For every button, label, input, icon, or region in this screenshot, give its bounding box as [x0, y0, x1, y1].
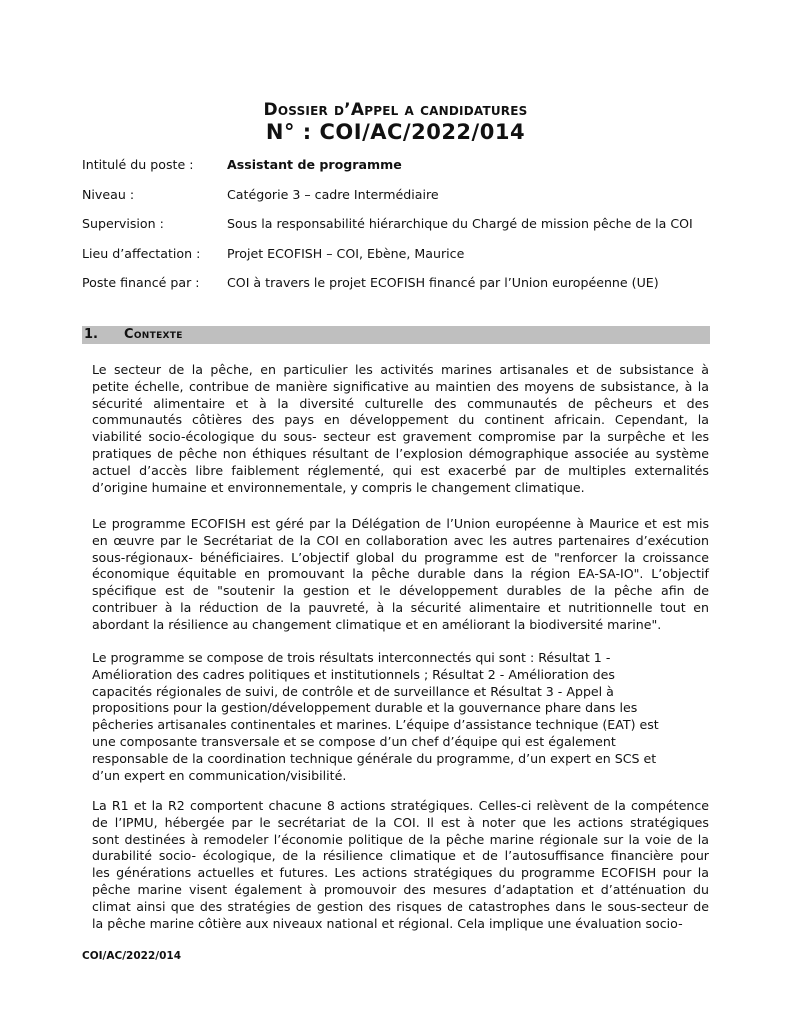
paragraph-line: de l’IPMU, hébergée par le secrétariat d…: [92, 815, 709, 832]
paragraph-line: la pêche marine côtière aux niveaux nati…: [92, 916, 709, 933]
paragraph-line: économique équitable en promouvant la pê…: [92, 566, 709, 583]
paragraph-programme: Le programme ECOFISH est géré par la Dél…: [92, 516, 709, 634]
paragraph-line: pratiques de pêche non éthiques résultan…: [92, 446, 709, 463]
paragraph-line: responsable de la coordination technique…: [92, 751, 709, 768]
document-title: Dossier d’Appel a candidatures: [0, 100, 791, 120]
paragraph-line: une composante transversale et se compos…: [92, 734, 709, 751]
info-row-level: Niveau : Catégorie 3 – cadre Intermédiai…: [82, 187, 732, 217]
paragraph-results: Le programme se compose de trois résulta…: [92, 650, 709, 784]
paragraph-line: pêche marine visent également à promouvo…: [92, 882, 709, 899]
paragraph-line: spécifique est de "soutenir la gestion e…: [92, 583, 709, 600]
info-value: COI à travers le projet ECOFISH financé …: [227, 275, 659, 290]
info-value: Catégorie 3 – cadre Intermédiaire: [227, 187, 439, 202]
info-label: Lieu d’affectation :: [82, 246, 227, 261]
paragraph-line: Le secteur de la pêche, en particulier l…: [92, 362, 709, 379]
info-row-funding: Poste financé par : COI à travers le pro…: [82, 275, 732, 305]
paragraph-strategic-actions: La R1 et la R2 comportent chacune 8 acti…: [92, 798, 709, 932]
paragraph-line: contribuer à la réduction de la pauvreté…: [92, 600, 709, 617]
job-info-table: Intitulé du poste : Assistant de program…: [82, 157, 732, 305]
paragraph-line: sécurité alimentaire et à la diversité c…: [92, 396, 709, 413]
section-heading-contexte: 1. Contexte: [82, 326, 710, 344]
paragraph-line: propositions pour la gestion/développeme…: [92, 700, 709, 717]
paragraph-line: petite échelle, contribue de manière sig…: [92, 379, 709, 396]
paragraph-line: pêcheries artisanales continentales et m…: [92, 717, 709, 734]
paragraph-line: sous-régionaux- bénéficiaires. L’objecti…: [92, 550, 709, 567]
info-value: Assistant de programme: [227, 157, 402, 172]
paragraph-line: viabilité socio-écologique du sous- sect…: [92, 429, 709, 446]
section-title: Contexte: [124, 326, 183, 344]
paragraph-line: climat ainsi que des stratégies de gesti…: [92, 899, 709, 916]
paragraph-line: durabilité socio- écologique, de la rési…: [92, 848, 709, 865]
info-label: Supervision :: [82, 216, 227, 231]
info-label: Niveau :: [82, 187, 227, 202]
footer-reference: COI/AC/2022/014: [82, 950, 181, 962]
paragraph-line: Le programme se compose de trois résulta…: [92, 650, 709, 667]
paragraph-line: d’origine humaine et environnementale, y…: [92, 480, 709, 497]
section-number: 1.: [84, 326, 98, 344]
paragraph-line: abordant la résilience au changement cli…: [92, 617, 709, 634]
paragraph-line: La R1 et la R2 comportent chacune 8 acti…: [92, 798, 709, 815]
paragraph-line: Amélioration des cadres politiques et in…: [92, 667, 709, 684]
info-row-title: Intitulé du poste : Assistant de program…: [82, 157, 732, 187]
info-value: Projet ECOFISH – COI, Ebène, Maurice: [227, 246, 464, 261]
document-reference-number: N° : COI/AC/2022/014: [0, 120, 791, 144]
paragraph-line: communautés côtières des pays en dévelop…: [92, 412, 709, 429]
paragraph-line: Le programme ECOFISH est géré par la Dél…: [92, 516, 709, 533]
paragraph-line: en œuvre par le Secrétariat de la COI en…: [92, 533, 709, 550]
info-row-location: Lieu d’affectation : Projet ECOFISH – CO…: [82, 246, 732, 276]
paragraph-line: sont destinées à remodeler l’économie po…: [92, 832, 709, 849]
info-label: Intitulé du poste :: [82, 157, 227, 172]
paragraph-line: d’un expert en communication/visibilité.: [92, 768, 709, 785]
document-page: Dossier d’Appel a candidatures N° : COI/…: [0, 0, 791, 1024]
paragraph-context: Le secteur de la pêche, en particulier l…: [92, 362, 709, 496]
paragraph-line: capacités régionales de suivi, de contrô…: [92, 684, 709, 701]
info-label: Poste financé par :: [82, 275, 227, 290]
paragraph-line: actuel d’accès libre faiblement réglemen…: [92, 463, 709, 480]
paragraph-line: les générations actuelles et futures. Le…: [92, 865, 709, 882]
info-value: Sous la responsabilité hiérarchique du C…: [227, 216, 693, 231]
info-row-supervision: Supervision : Sous la responsabilité hié…: [82, 216, 732, 246]
